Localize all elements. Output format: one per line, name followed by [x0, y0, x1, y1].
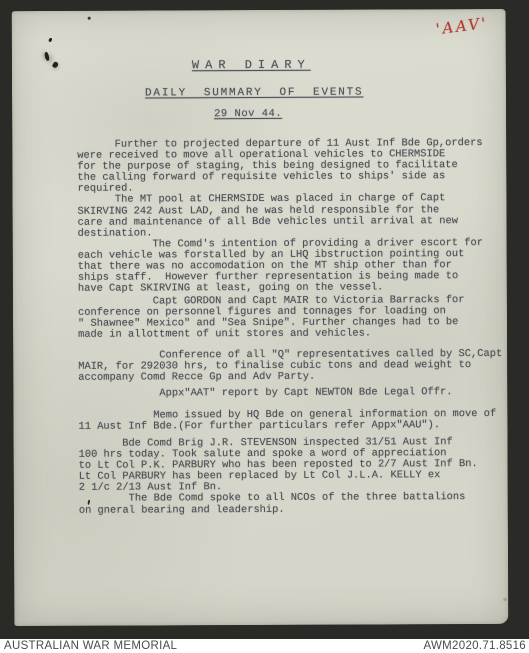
war-diary-title: WAR DIARY — [192, 58, 311, 73]
accession-number-label: AWM2020.71.8516 — [423, 639, 526, 653]
age-spot — [503, 598, 507, 601]
footer-bar: AUSTRALIAN WAR MEMORIAL AWM2020.71.8516 — [0, 639, 529, 653]
daily-summary-heading: DAILY SUMMARY OF EVENTS — [145, 87, 363, 100]
diary-paragraph-inspection: Bde Comd Brig J.R. STEVENSON inspected 3… — [79, 437, 478, 516]
ink-stain — [52, 61, 59, 69]
diary-paragraph-memo: Memo issued by HQ Bde on general informa… — [78, 409, 496, 433]
diary-paragraph-victoria-barracks: Capt GORDON and Capt MAIR to Victoria Ba… — [78, 295, 465, 341]
diary-paragraph-appx-aat: Appx"AAT" report by Capt NEWTON Bde Lega… — [78, 387, 452, 400]
diary-paragraph-q-conference: Conference of all "Q" representatives ca… — [78, 349, 502, 384]
scan-frame: WAR DIARY DAILY SUMMARY OF EVENTS 29 Nov… — [0, 0, 529, 653]
diary-paragraph-movement-orders: Further to projected departure of 11 Aus… — [77, 138, 483, 295]
date-heading: 29 Nov 44. — [214, 108, 282, 120]
ink-stain — [44, 52, 50, 62]
document-paper: WAR DIARY DAILY SUMMARY OF EVENTS 29 Nov… — [12, 9, 509, 626]
handwritten-annotation-aav: 'AAV' — [435, 14, 489, 38]
ink-stain — [88, 17, 91, 20]
archive-name-label: AUSTRALIAN WAR MEMORIAL — [4, 639, 177, 653]
ink-stain — [48, 38, 52, 43]
